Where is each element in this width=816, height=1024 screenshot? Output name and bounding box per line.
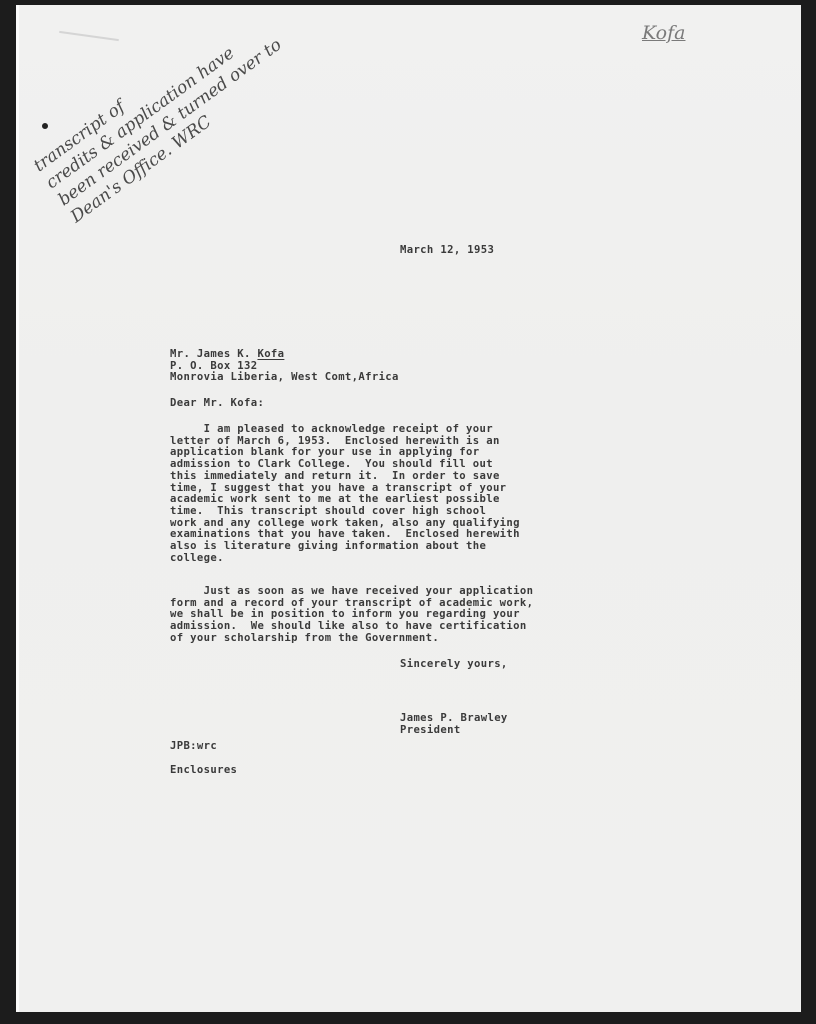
ink-dot xyxy=(42,123,48,129)
paragraph-line: form and a record of your transcript of … xyxy=(170,597,533,609)
paragraph-line: college. xyxy=(170,552,224,564)
paragraph-line: Just as soon as we have received your ap… xyxy=(170,585,533,597)
paragraph-line: also is literature giving information ab… xyxy=(170,540,486,552)
paper-crease xyxy=(59,31,119,41)
reference-initials: JPB:wrc xyxy=(170,741,217,753)
recipient-surname: Kofa xyxy=(257,348,284,360)
paragraph-line: this immediately and return it. In order… xyxy=(170,470,500,482)
salutation: Dear Mr. Kofa: xyxy=(170,398,264,410)
handwritten-name-note: Kofa xyxy=(642,22,685,44)
body-paragraph-1: I am pleased to acknowledge receipt of y… xyxy=(170,424,520,564)
signer-title: President xyxy=(400,725,461,737)
paragraph-line: admission to Clark College. You should f… xyxy=(170,458,493,470)
paragraph-line: academic work sent to me at the earliest… xyxy=(170,493,500,505)
paragraph-line: application blank for your use in applyi… xyxy=(170,446,480,458)
paragraph-line: I am pleased to acknowledge receipt of y… xyxy=(170,423,493,435)
paragraph-line: examinations that you have taken. Enclos… xyxy=(170,528,520,540)
paragraph-line: work and any college work taken, also an… xyxy=(170,517,520,529)
signer-name: James P. Brawley xyxy=(400,713,508,725)
paragraph-line: we shall be in position to inform you re… xyxy=(170,608,520,620)
paragraph-line: letter of March 6, 1953. Enclosed herewi… xyxy=(170,435,500,447)
letter-date: March 12, 1953 xyxy=(400,245,494,257)
paragraph-line: time, I suggest that you have a transcri… xyxy=(170,482,506,494)
body-paragraph-2: Just as soon as we have received your ap… xyxy=(170,586,533,645)
closing: Sincerely yours, xyxy=(400,659,508,671)
paragraph-line: time. This transcript should cover high … xyxy=(170,505,486,517)
recipient-address: Mr. James K. Kofa P. O. Box 132 Monrovia… xyxy=(170,349,399,384)
paragraph-line: admission. We should like also to have c… xyxy=(170,620,527,632)
recipient-address-line1: P. O. Box 132 xyxy=(170,360,257,372)
recipient-name-prefix: Mr. James K. xyxy=(170,348,257,360)
recipient-address-line2: Monrovia Liberia, West Comt,Africa xyxy=(170,371,399,383)
enclosures-note: Enclosures xyxy=(170,765,237,777)
paragraph-line: of your scholarship from the Government. xyxy=(170,632,439,644)
